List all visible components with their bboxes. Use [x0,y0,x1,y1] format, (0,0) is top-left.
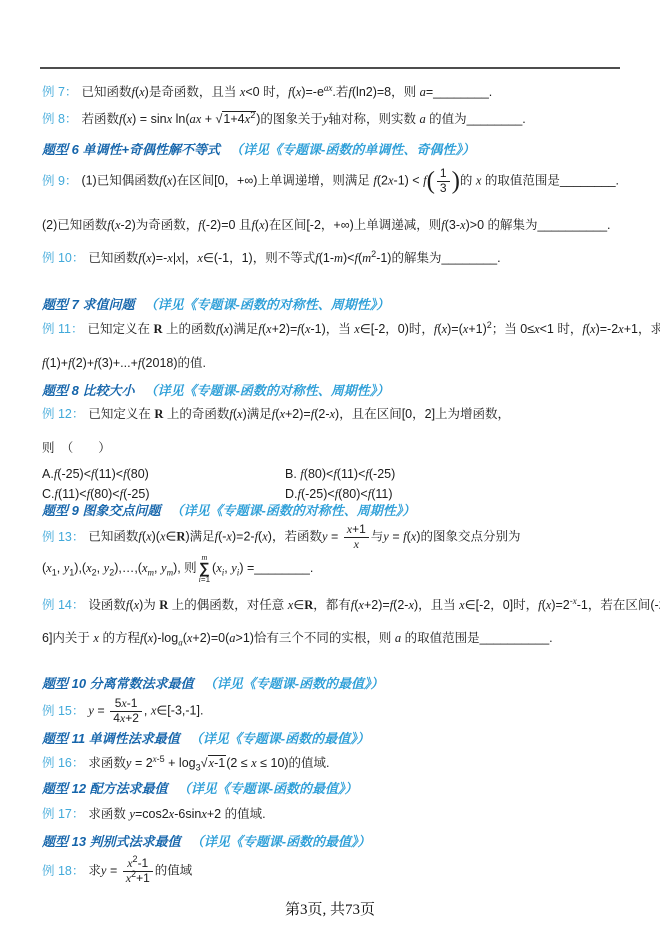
example-15-line: 例 15： y = 5x-14x+2, x∈[-3,-1]. [42,694,652,728]
example-9-line: 例 9： (1)已知偶函数f(x)在区间[0，+∞)上单调递增，则满足 f(2x… [42,163,652,199]
example-14-cont-text: 6]内关于 x 的方程f(x)-loga(x+2)=0(a>1)恰有三个不同的实… [42,630,553,647]
example-11-line: 例 11： 已知定义在 R 上的函数f(x)满足f(x+2)=f(x-1)，当 … [42,321,652,338]
example-14-label: 例 14： [42,597,84,614]
example-16-label: 例 16： [42,755,84,772]
options-c-d-row: C.f(11)<f(80)<f(-25) D.f(-25)<f(80)<f(11… [42,486,652,503]
topic-12-title: 题型 12 配方法求最值 [42,780,168,797]
topic-13-heading: 题型 13 判别式法求最值 （详见《专题课-函数的最值》） [42,833,652,850]
example-7-label: 例 7： [42,84,77,101]
topic-10-reference: （详见《专题课-函数的最值》） [204,675,384,692]
example-14-text: 设函数f(x)为 R 上的偶函数，对任意 x∈R，都有f(x+2)=f(2-x)… [88,597,660,614]
example-13-label: 例 13： [42,529,84,546]
example-13-text: 已知函数f(x)(x∈R)满足f(-x)=2-f(x)，若函数y = x+1x与… [88,523,520,552]
options-a-b-row: A.f(-25)<f(11)<f(80) B. f(80)<f(11)<f(-2… [42,466,652,483]
topic-8-reference: （详见《专题课-函数的对称性、周期性》） [144,382,389,399]
example-17-text: 求函数 y=cos2x-6sinx+2 的值域. [88,806,265,823]
example-17-line: 例 17： 求函数 y=cos2x-6sinx+2 的值域. [42,806,652,823]
topic-13-reference: （详见《专题课-函数的最值》） [191,833,371,850]
topic-13-title: 题型 13 判别式法求最值 [42,833,181,850]
topic-11-title: 题型 11 单调性法求最值 [42,730,180,747]
example-10-text: 已知函数f(x)=-x|x|，x∈(-1，1)，则不等式f(1-m)<f(m2-… [88,250,500,267]
example-14-line: 例 14： 设函数f(x)为 R 上的偶函数，对任意 x∈R，都有f(x+2)=… [42,597,652,614]
example-12-text: 已知定义在 R 上的奇函数f(x)满足f(x+2)=f(2-x)，且在区间[0，… [88,406,510,423]
example-11-label: 例 11： [42,321,83,338]
example-11-cont-text: f(1)+f(2)+f(3)+...+f(2018)的值. [42,355,206,372]
example-9-part2-line: (2)已知函数f(x-2)为奇函数，f(-2)=0 且f(x)在区间[-2，+∞… [42,217,652,234]
example-10-line: 例 10： 已知函数f(x)=-x|x|，x∈(-1，1)，则不等式f(1-m)… [42,250,652,267]
example-18-label: 例 18： [42,863,84,880]
example-8-text: 若函数f(x) = sinx ln(ax + √1+4x2)的图象关于y轴对称，… [81,111,525,128]
topic-11-reference: （详见《专题课-函数的最值》） [190,730,370,747]
top-divider [40,67,620,69]
example-16-line: 例 16： 求函数y = 2x-5 + log3√x-1(2 ≤ x ≤ 10)… [42,752,652,774]
example-16-text: 求函数y = 2x-5 + log3√x-1(2 ≤ x ≤ 10)的值域. [88,755,329,772]
topic-9-reference: （详见《专题课-函数的对称性、周期性》） [170,502,415,519]
example-8-label: 例 8： [42,111,77,128]
example-14-cont-line: 6]内关于 x 的方程f(x)-loga(x+2)=0(a>1)恰有三个不同的实… [42,630,652,647]
option-a: A.f(-25)<f(11)<f(80) [42,466,285,483]
example-9-text: (1)已知偶函数f(x)在区间[0，+∞)上单调递增，则满足 f(2x-1) <… [81,167,619,196]
example-17-label: 例 17： [42,806,84,823]
topic-12-reference: （详见《专题课-函数的最值》） [178,780,358,797]
example-12-stem-line: 则 （ ） [42,440,652,457]
example-18-text: 求y = x2-1x2+1的值域 [88,857,192,886]
topic-12-heading: 题型 12 配方法求最值 （详见《专题课-函数的最值》） [42,780,652,797]
example-10-label: 例 10： [42,250,84,267]
topic-7-heading: 题型 7 求值问题 （详见《专题课-函数的对称性、周期性》） [42,296,652,313]
example-18-line: 例 18： 求y = x2-1x2+1的值域 [42,852,652,890]
page-footer: 第3页, 共73页 [0,898,660,919]
example-11-cont-line: f(1)+f(2)+f(3)+...+f(2018)的值. [42,355,652,372]
example-11-text: 已知定义在 R 上的函数f(x)满足f(x+2)=f(x-1)，当 x∈[-2，… [87,321,660,338]
topic-6-heading: 题型 6 单调性+奇偶性解不等式 （详见《专题课-函数的单调性、奇偶性》） [42,141,652,158]
topic-9-heading: 题型 9 图象交点问题 （详见《专题课-函数的对称性、周期性》） [42,502,652,519]
worksheet-page: 例 7： 已知函数f(x)是奇函数，且当 x<0 时，f(x)=-eax.若f(… [0,0,660,933]
option-d: D.f(-25)<f(80)<f(11) [285,486,393,503]
example-7-line: 例 7： 已知函数f(x)是奇函数，且当 x<0 时，f(x)=-eax.若f(… [42,84,652,101]
example-9-label: 例 9： [42,173,77,190]
page-number: 第3页, 共73页 [285,902,375,918]
topic-10-title: 题型 10 分离常数法求最值 [42,675,194,692]
option-b: B. f(80)<f(11)<f(-25) [285,466,395,483]
example-12-line: 例 12： 已知定义在 R 上的奇函数f(x)满足f(x+2)=f(2-x)，且… [42,406,652,423]
topic-11-heading: 题型 11 单调性法求最值 （详见《专题课-函数的最值》） [42,730,652,747]
topic-7-title: 题型 7 求值问题 [42,296,134,313]
topic-6-reference: （详见《专题课-函数的单调性、奇偶性》） [230,141,475,158]
example-7-text: 已知函数f(x)是奇函数，且当 x<0 时，f(x)=-eax.若f(ln2)=… [81,84,492,101]
topic-10-heading: 题型 10 分离常数法求最值 （详见《专题课-函数的最值》） [42,675,652,692]
example-12-stem-text: 则 （ ） [42,440,111,457]
topic-9-title: 题型 9 图象交点问题 [42,502,160,519]
example-9-part2-text: (2)已知函数f(x-2)为奇函数，f(-2)=0 且f(x)在区间[-2，+∞… [42,217,611,234]
example-13-cont-text: (x1, y1),(x2, y2),…,(xm, ym), 则m∑i=1(xi,… [42,554,313,584]
topic-8-title: 题型 8 比较大小 [42,382,134,399]
example-13-cont-line: (x1, y1),(x2, y2),…,(xm, ym), 则m∑i=1(xi,… [42,553,652,585]
example-12-label: 例 12： [42,406,84,423]
topic-7-reference: （详见《专题课-函数的对称性、周期性》） [144,296,389,313]
option-c: C.f(11)<f(80)<f(-25) [42,486,285,503]
example-15-label: 例 15： [42,703,84,720]
topic-6-title: 题型 6 单调性+奇偶性解不等式 [42,141,220,158]
example-15-text: y = 5x-14x+2, x∈[-3,-1]. [88,697,203,726]
example-8-line: 例 8： 若函数f(x) = sinx ln(ax + √1+4x2)的图象关于… [42,106,652,132]
topic-8-heading: 题型 8 比较大小 （详见《专题课-函数的对称性、周期性》） [42,382,652,399]
example-13-line: 例 13： 已知函数f(x)(x∈R)满足f(-x)=2-f(x)，若函数y =… [42,520,652,554]
